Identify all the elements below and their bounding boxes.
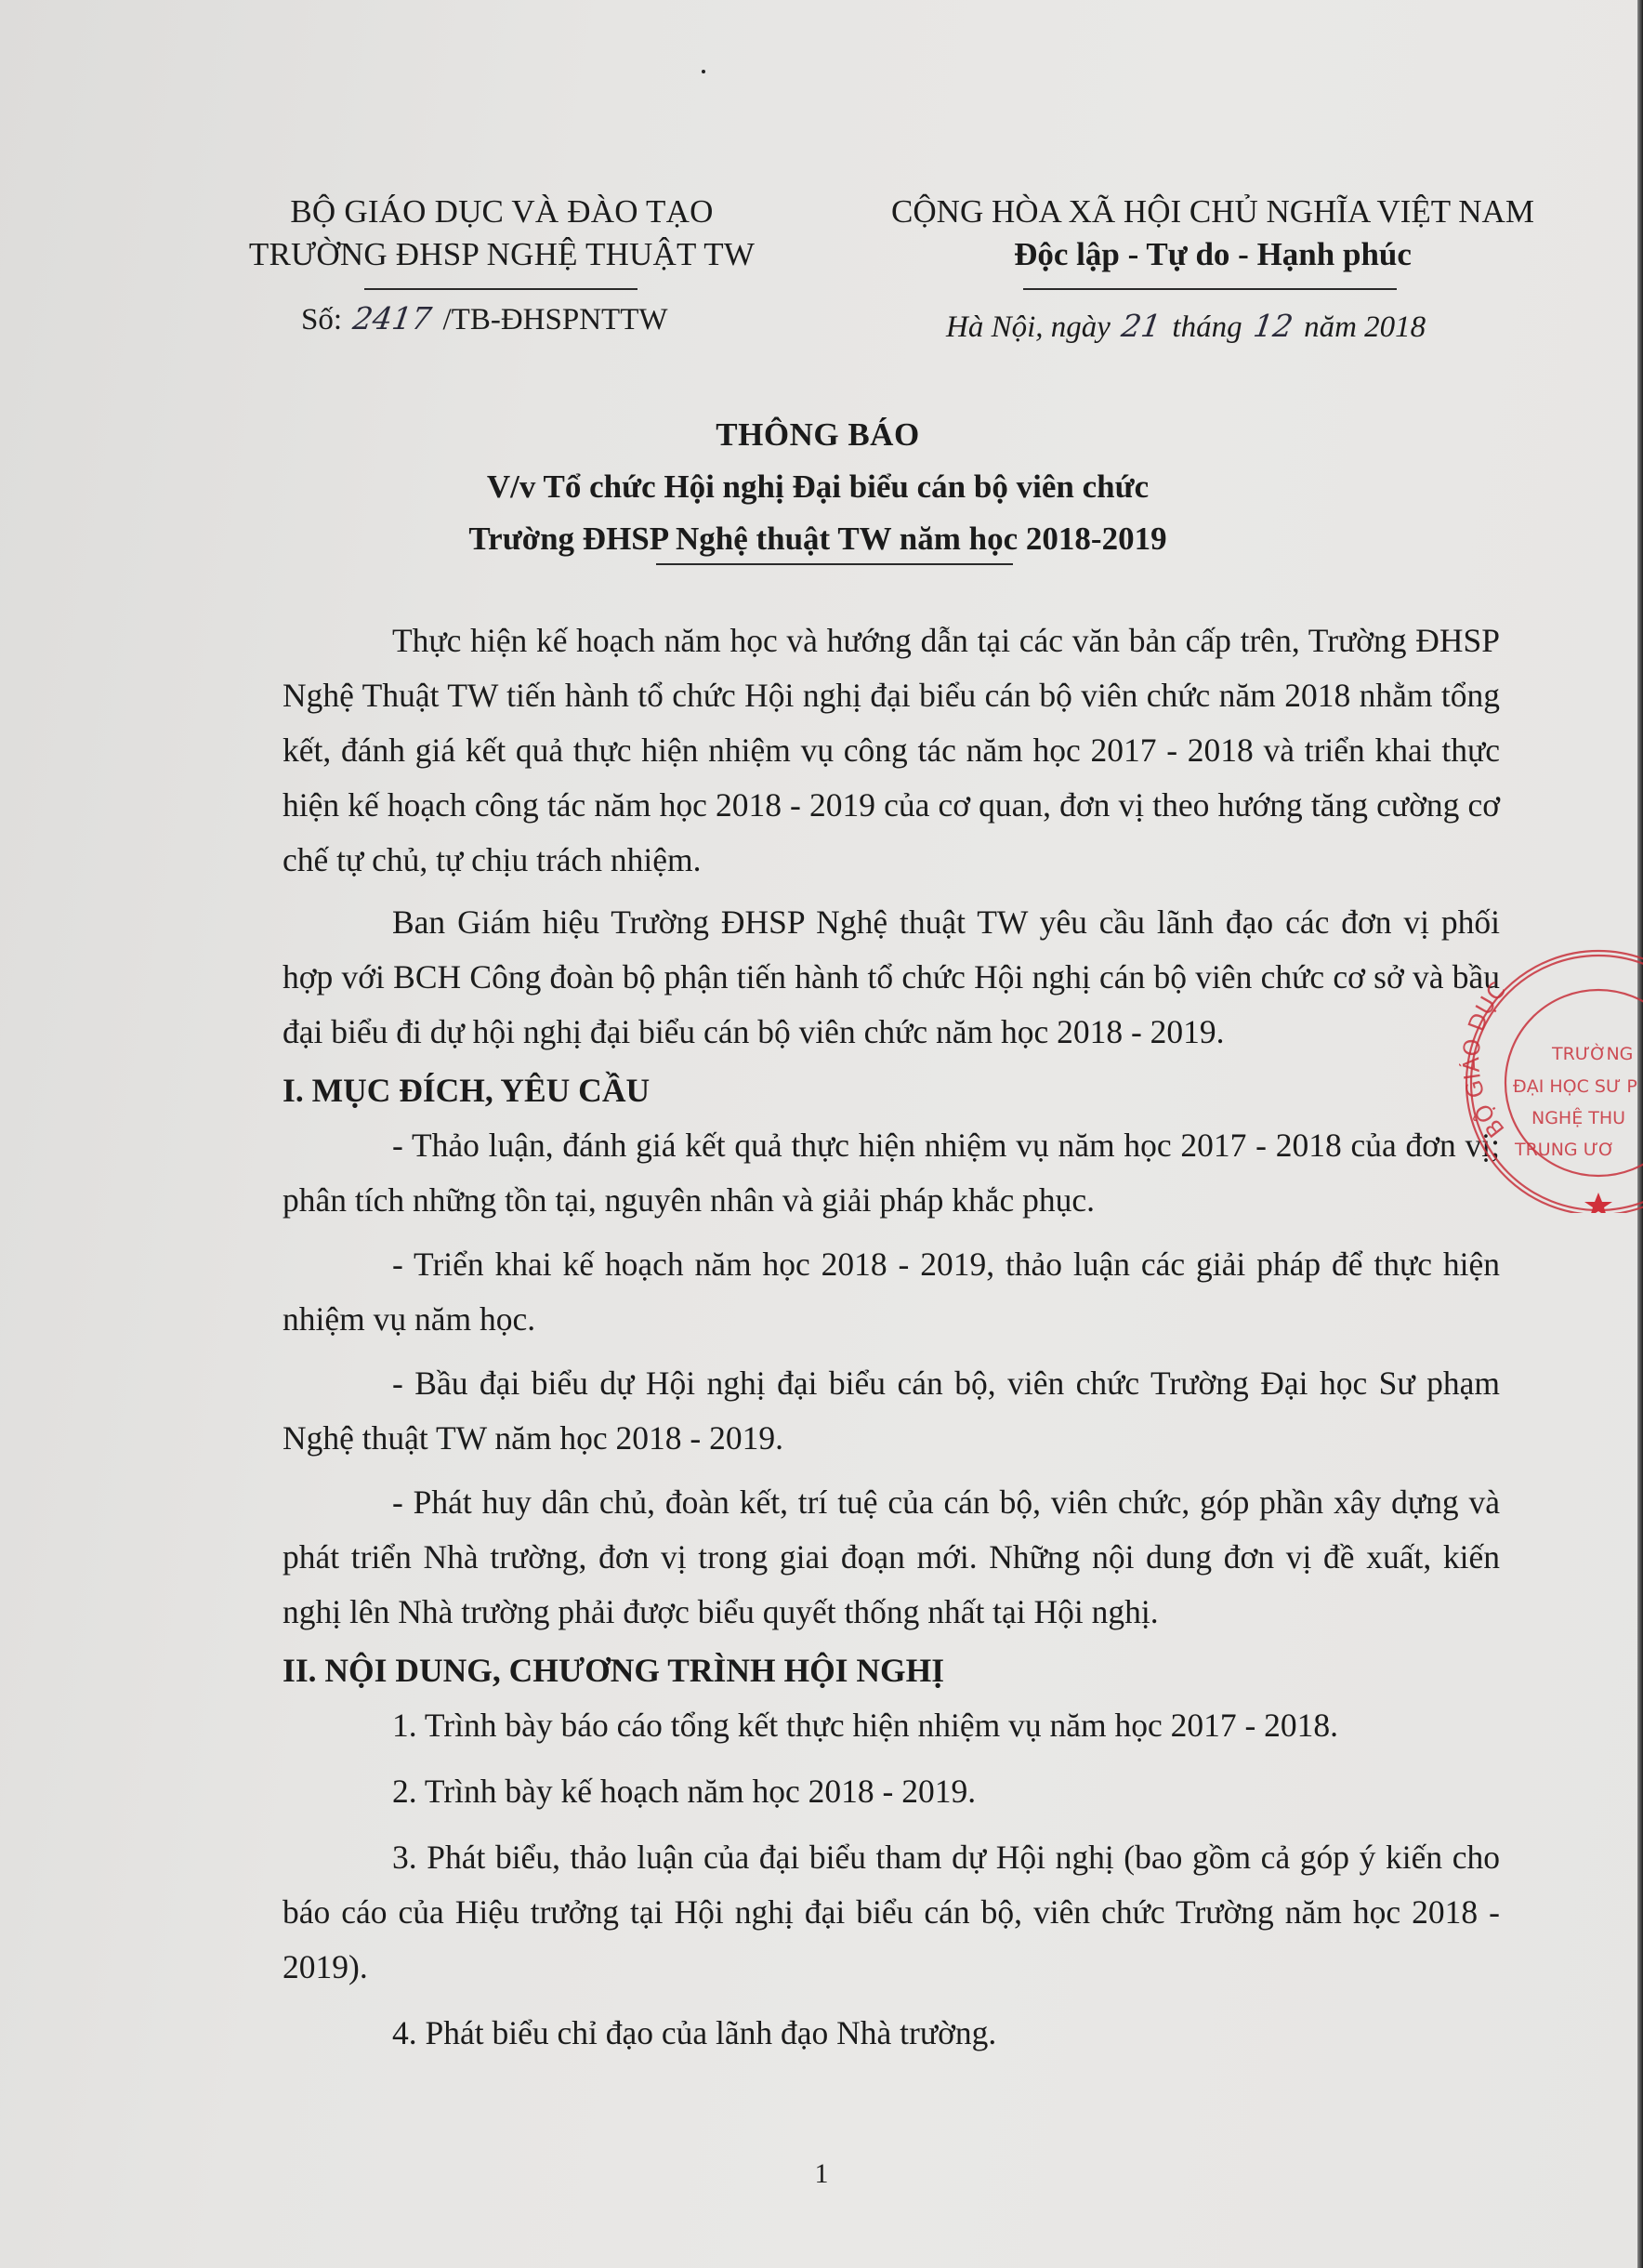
date-year: năm 2018 bbox=[1304, 310, 1426, 344]
document-title: THÔNG BÁO bbox=[279, 409, 1357, 461]
date-month-handwritten: 12 bbox=[1251, 305, 1295, 348]
stamp-inner-line: TRƯỜNG bbox=[1551, 1042, 1633, 1064]
document-title-block: THÔNG BÁO V/v Tổ chức Hội nghị Đại biểu … bbox=[279, 409, 1357, 565]
issuing-authority: BỘ GIÁO DỤC VÀ ĐÀO TẠO TRƯỜNG ĐHSP NGHỆ … bbox=[167, 191, 836, 276]
official-red-seal: BỘ GIÁO DỤC TRƯỜNG ĐẠI HỌC SƯ P NGHỆ THU… bbox=[1459, 943, 1643, 1213]
date-day-handwritten: 21 bbox=[1119, 305, 1163, 348]
date-month-label: tháng bbox=[1172, 310, 1242, 344]
intro-paragraph-1: Thực hiện kế hoạch năm học và hướng dẫn … bbox=[283, 613, 1500, 888]
header-left-divider bbox=[364, 288, 637, 290]
section-1-item: - Thảo luận, đánh giá kết quả thực hiện … bbox=[283, 1118, 1500, 1228]
section-1-heading: I. MỤC ĐÍCH, YÊU CẦU bbox=[283, 1063, 1500, 1118]
section-2-item: 3. Phát biểu, thảo luận của đại biểu tha… bbox=[283, 1830, 1500, 1995]
section-1-item: - Phát huy dân chủ, đoàn kết, trí tuệ củ… bbox=[283, 1475, 1500, 1640]
ref-suffix: /TB-ĐHSPNTTW bbox=[443, 303, 668, 336]
document-subject-line-2: Trường ĐHSP Nghệ thuật TW năm học 2018-2… bbox=[279, 513, 1357, 565]
ministry-name: BỘ GIÁO DỤC VÀ ĐÀO TẠO bbox=[167, 191, 836, 233]
header-right-divider bbox=[1023, 288, 1397, 290]
section-2-item: 1. Trình bày báo cáo tổng kết thực hiện … bbox=[283, 1698, 1500, 1753]
ref-number-handwritten: 2417 bbox=[350, 297, 434, 340]
ref-prefix: Số: bbox=[301, 303, 342, 336]
date-place: Hà Nội, ngày bbox=[946, 310, 1111, 344]
section-2-item: 4. Phát biểu chỉ đạo của lãnh đạo Nhà tr… bbox=[283, 2006, 1500, 2061]
national-motto: Độc lập - Tự do - Hạnh phúc bbox=[818, 233, 1608, 276]
issue-date: Hà Nội, ngày 21 tháng 12 năm 2018 bbox=[946, 305, 1426, 349]
svg-text:BỘ GIÁO DỤC: BỘ GIÁO DỤC bbox=[1459, 977, 1511, 1141]
country-name: CỘNG HÒA XÃ HỘI CHỦ NGHĨA VIỆT NAM bbox=[818, 191, 1608, 233]
stamp-outer-text: BỘ GIÁO DỤC bbox=[1459, 977, 1511, 1141]
document-subject-line-1: V/v Tổ chức Hội nghị Đại biểu cán bộ viê… bbox=[279, 461, 1357, 513]
section-1-item: - Bầu đại biểu dự Hội nghị đại biểu cán … bbox=[283, 1356, 1500, 1466]
page-number: 1 bbox=[0, 2158, 1643, 2190]
section-1-item: - Triển khai kế hoạch năm học 2018 - 201… bbox=[283, 1237, 1500, 1347]
document-body: Thực hiện kế hoạch năm học và hướng dẫn … bbox=[283, 613, 1500, 2061]
stamp-inner-line: NGHỆ THU bbox=[1531, 1107, 1625, 1128]
document-reference: Số: 2417 /TB-ĐHSPNTTW bbox=[301, 297, 668, 341]
section-2-heading: II. NỘI DUNG, CHƯƠNG TRÌNH HỘI NGHỊ bbox=[283, 1643, 1500, 1698]
national-header: CỘNG HÒA XÃ HỘI CHỦ NGHĨA VIỆT NAM Độc l… bbox=[818, 191, 1608, 276]
section-2-item: 2. Trình bày kế hoạch năm học 2018 - 201… bbox=[283, 1764, 1500, 1819]
title-divider bbox=[656, 563, 1013, 565]
intro-paragraph-2: Ban Giám hiệu Trường ĐHSP Nghệ thuật TW … bbox=[283, 895, 1500, 1060]
school-name: TRƯỜNG ĐHSP NGHỆ THUẬT TW bbox=[167, 233, 836, 276]
stamp-inner-line: ĐẠI HỌC SƯ P bbox=[1513, 1076, 1637, 1097]
scan-speck bbox=[702, 70, 705, 73]
stamp-inner-line: TRUNG ƯƠ bbox=[1514, 1140, 1614, 1160]
